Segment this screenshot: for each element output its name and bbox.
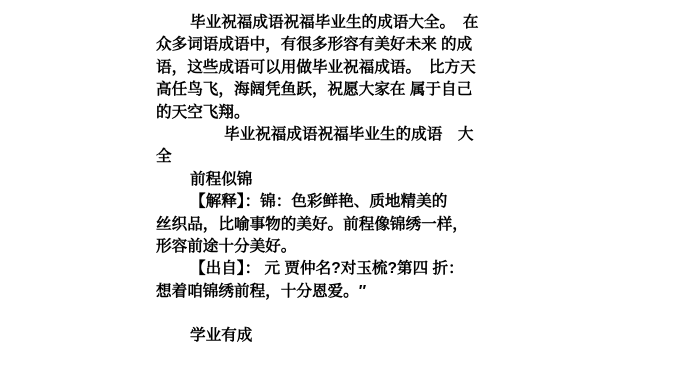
- text-line-idiom-heading: 学业有成: [156, 325, 486, 347]
- text-line: 语，这些成语可以用做毕业祝福成语。 比方天: [156, 57, 486, 79]
- text-line: 高任鸟飞，海阔凭鱼跃，祝愿大家在 属于自己: [156, 79, 486, 101]
- text-line-subtitle: 毕业祝福成语祝福毕业生的成语 大: [156, 124, 486, 146]
- text-line: 众多词语成语中，有很多形容有美好未来 的成: [156, 34, 486, 56]
- text-line-explanation: 形容前途十分美好。: [156, 236, 486, 258]
- text-line-source: 【出自】： 元 贾仲名?对玉梳?第四 折：: [156, 258, 486, 280]
- text-line-source: 想着咱锦绣前程，十分恩爱。″: [156, 281, 486, 303]
- text-line-subtitle: 全: [156, 146, 486, 168]
- document-text-block: 毕业祝福成语祝福毕业生的成语大全。 在 众多词语成语中，有很多形容有美好未来 的…: [156, 12, 486, 348]
- text-line-idiom-heading: 前程似锦: [156, 169, 486, 191]
- text-line-blank: [156, 303, 486, 325]
- document-page: 毕业祝福成语祝福毕业生的成语大全。 在 众多词语成语中，有很多形容有美好未来 的…: [0, 0, 675, 367]
- text-line-explanation: 丝织品，比喻事物的美好。前程像锦绣一样，: [156, 214, 486, 236]
- text-line: 毕业祝福成语祝福毕业生的成语大全。 在: [156, 12, 486, 34]
- text-line-explanation: 【解释】：锦：色彩鲜艳、质地精美的: [156, 191, 486, 213]
- text-line: 的天空飞翔。: [156, 102, 486, 124]
